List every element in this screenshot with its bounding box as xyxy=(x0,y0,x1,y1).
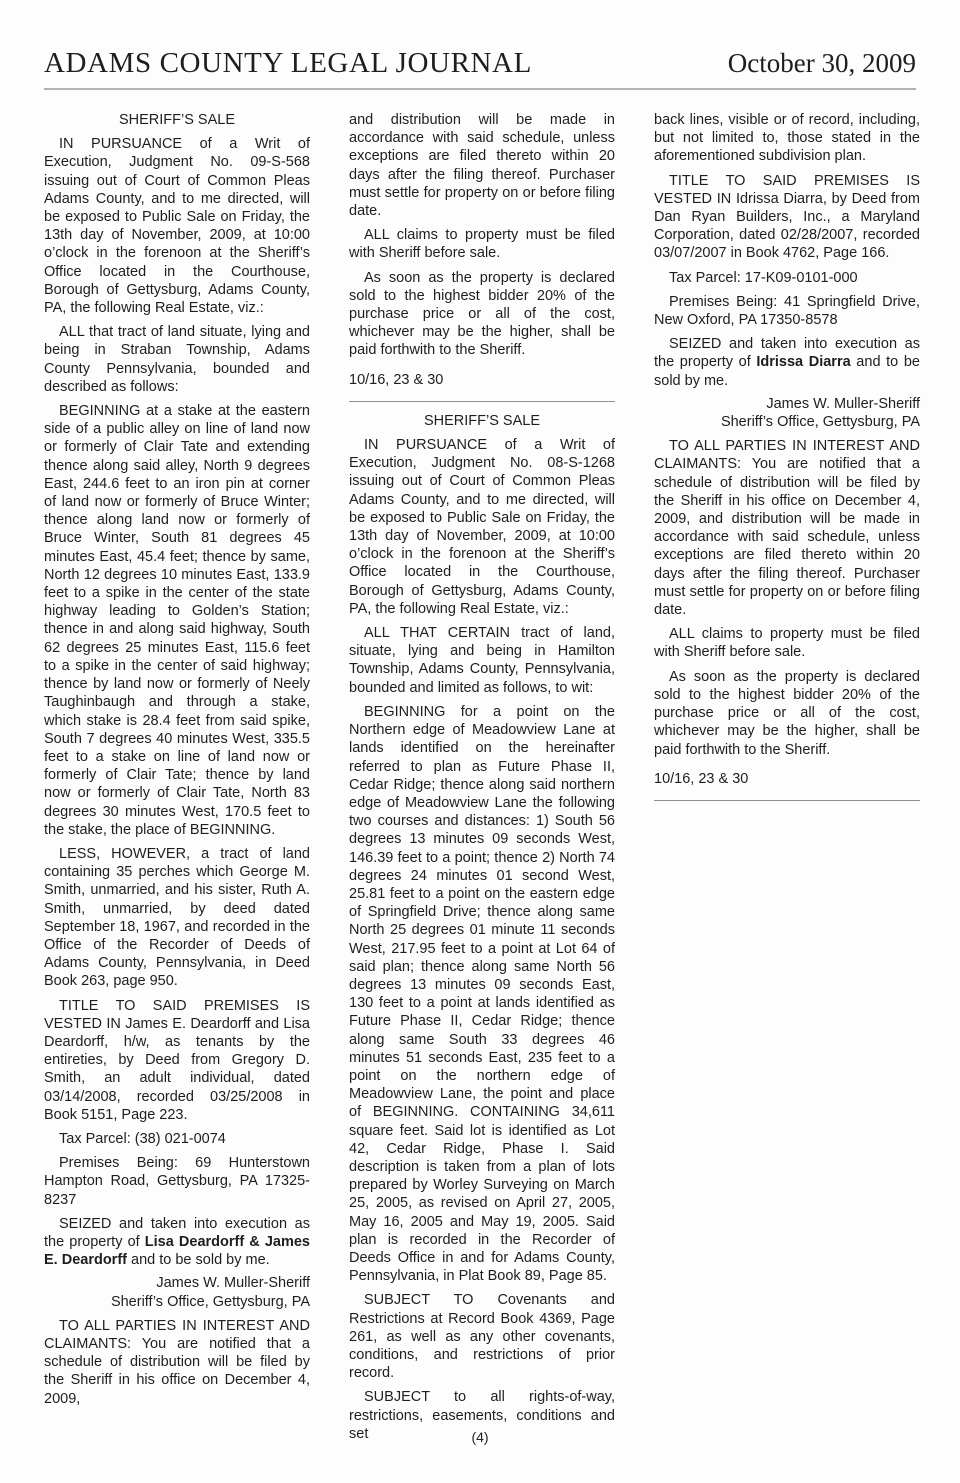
signature-block: James W. Muller-SheriffSheriff’s Office,… xyxy=(654,395,920,431)
notice-paragraph: Tax Parcel: (38) 021-0074 xyxy=(44,1130,310,1148)
publication-dates: 10/16, 23 & 30 xyxy=(654,770,920,788)
page-footer: (4) xyxy=(0,1429,960,1445)
signature-block: James W. Muller-SheriffSheriff’s Office,… xyxy=(44,1274,310,1310)
masthead: ADAMS COUNTY LEGAL JOURNAL October 30, 2… xyxy=(0,0,960,80)
notice-paragraph: Premises Being: 41 Springfield Drive, Ne… xyxy=(654,293,920,329)
journal-title: ADAMS COUNTY LEGAL JOURNAL xyxy=(44,46,532,80)
publication-dates: 10/16, 23 & 30 xyxy=(349,371,615,389)
notice-paragraph: Premises Being: 69 Hunterstown Hampton R… xyxy=(44,1154,310,1209)
notice-paragraph: ALL THAT CERTAIN tract of land, situate,… xyxy=(349,624,615,697)
notice-paragraph: SEIZED and taken into execution as the p… xyxy=(654,335,920,390)
notice-paragraph: As soon as the property is declared sold… xyxy=(349,269,615,360)
notice-heading: SHERIFF’S SALE xyxy=(349,412,615,430)
page-number: (4) xyxy=(471,1429,488,1445)
defendant-name: Idrissa Diarra xyxy=(756,354,850,370)
text-column-1: SHERIFF’S SALEIN PURSUANCE of a Writ of … xyxy=(44,111,310,1443)
notice-paragraph: ALL claims to property must be filed wit… xyxy=(654,625,920,661)
notice-paragraph: IN PURSUANCE of a Writ of Execution, Jud… xyxy=(44,135,310,317)
notice-paragraph: ALL that tract of land situate, lying an… xyxy=(44,323,310,396)
signature-line: James W. Muller-Sheriff xyxy=(44,1274,310,1292)
notice-paragraph: TO ALL PARTIES IN INTEREST AND CLAIMANTS… xyxy=(654,437,920,619)
notice-paragraph: back lines, visible or of record, includ… xyxy=(654,111,920,166)
signature-line: James W. Muller-Sheriff xyxy=(654,395,920,413)
notice-paragraph: and distribution will be made in accorda… xyxy=(349,111,615,220)
notice-paragraph: LESS, HOWEVER, a tract of land containin… xyxy=(44,845,310,991)
notice-paragraph: BEGINNING at a stake at the eastern side… xyxy=(44,402,310,839)
paragraph-text: and to be sold by me. xyxy=(127,1252,270,1268)
notice-paragraph: SUBJECT TO Covenants and Restrictions at… xyxy=(349,1291,615,1382)
notice-paragraph: As soon as the property is declared sold… xyxy=(654,668,920,759)
notice-paragraph: TO ALL PARTIES IN INTEREST AND CLAIMANTS… xyxy=(44,1317,310,1408)
notice-paragraph: IN PURSUANCE of a Writ of Execution, Jud… xyxy=(349,436,615,618)
notice-divider xyxy=(349,401,615,402)
notice-columns: SHERIFF’S SALEIN PURSUANCE of a Writ of … xyxy=(0,90,960,1443)
issue-date: October 30, 2009 xyxy=(728,46,916,80)
notice-paragraph: TITLE TO SAID PREMISES IS VESTED IN Idri… xyxy=(654,172,920,263)
notice-heading: SHERIFF’S SALE xyxy=(44,111,310,129)
notice-paragraph: Tax Parcel: 17-K09-0101-000 xyxy=(654,269,920,287)
signature-line: Sheriff’s Office, Gettysburg, PA xyxy=(654,413,920,431)
text-column-3: back lines, visible or of record, includ… xyxy=(654,111,920,1443)
notice-paragraph: BEGINNING for a point on the Northern ed… xyxy=(349,703,615,1286)
notice-divider xyxy=(654,800,920,801)
signature-line: Sheriff’s Office, Gettysburg, PA xyxy=(44,1293,310,1311)
text-column-2: and distribution will be made in accorda… xyxy=(349,111,615,1443)
journal-page: ADAMS COUNTY LEGAL JOURNAL October 30, 2… xyxy=(0,0,960,1483)
notice-paragraph: SEIZED and taken into execution as the p… xyxy=(44,1215,310,1270)
notice-paragraph: ALL claims to property must be filed wit… xyxy=(349,226,615,262)
notice-paragraph: TITLE TO SAID PREMISES IS VESTED IN Jame… xyxy=(44,997,310,1124)
